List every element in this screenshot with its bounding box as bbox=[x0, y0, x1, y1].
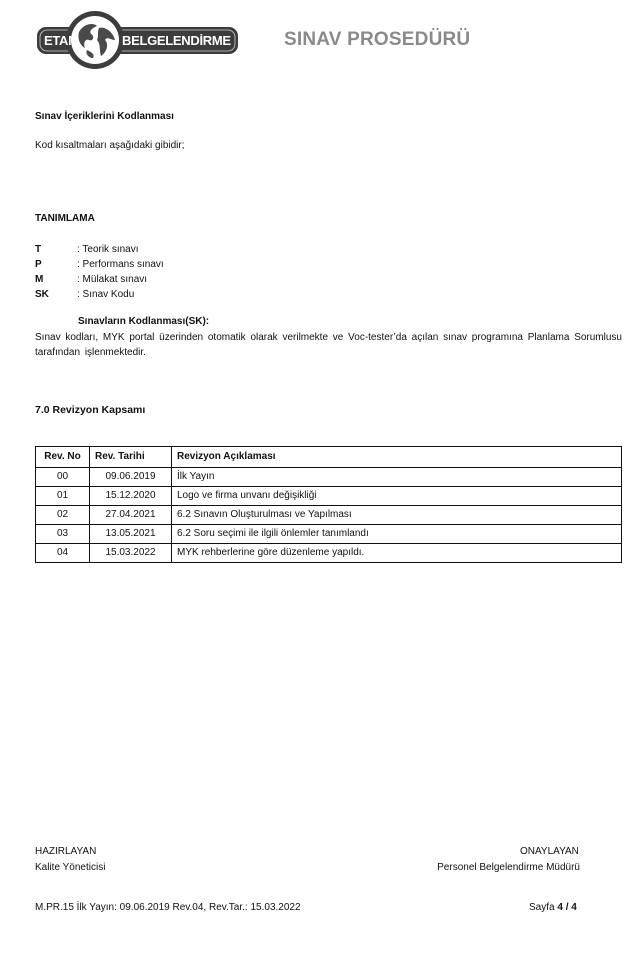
approved-by-role: Personel Belgelendirme Müdürü bbox=[421, 862, 580, 873]
page-total: 4 bbox=[571, 902, 577, 913]
table-row: 02 27.04.2021 6.2 Sınavın Oluşturulması … bbox=[36, 506, 622, 525]
coding-intro: Kod kısaltmaları aşağıdaki gibidir; bbox=[35, 140, 185, 151]
cell-rev-no: 04 bbox=[36, 544, 90, 563]
column-header-rev-date: Rev. Tarihi bbox=[90, 447, 172, 468]
definition-key: M bbox=[35, 272, 77, 287]
cell-rev-description: 6.2 Sınavın Oluşturulması ve Yapılması bbox=[172, 506, 622, 525]
definitions-list: T : Teorik sınavı P : Performans sınavı … bbox=[35, 242, 164, 302]
globe-icon bbox=[73, 18, 117, 62]
table-row: 01 15.12.2020 Logo ve firma unvanı değiş… bbox=[36, 487, 622, 506]
cell-rev-date: 13.05.2021 bbox=[90, 525, 172, 544]
definition-value: : Performans sınavı bbox=[77, 257, 164, 272]
cell-rev-no: 03 bbox=[36, 525, 90, 544]
definition-value: : Sınav Kodu bbox=[77, 287, 134, 302]
definition-key: P bbox=[35, 257, 77, 272]
section-title-coding: Sınav İçeriklerini Kodlanması bbox=[35, 111, 174, 122]
definition-item: T : Teorik sınavı bbox=[35, 242, 164, 257]
approved-by-label: ONAYLAYAN bbox=[520, 846, 579, 857]
table-header-row: Rev. No Rev. Tarihi Revizyon Açıklaması bbox=[36, 447, 622, 468]
cell-rev-description: İlk Yayın bbox=[172, 468, 622, 487]
cell-rev-date: 09.06.2019 bbox=[90, 468, 172, 487]
revision-table: Rev. No Rev. Tarihi Revizyon Açıklaması … bbox=[35, 446, 622, 563]
footer-document-info: M.PR.15 İlk Yayın: 09.06.2019 Rev.04, Re… bbox=[35, 902, 301, 913]
cell-rev-description: Logo ve firma unvanı değişikliği bbox=[172, 487, 622, 506]
cell-rev-date: 27.04.2021 bbox=[90, 506, 172, 525]
page-indicator: Sayfa 4 / 4 bbox=[529, 902, 577, 913]
logo-right-text: BELGELENDİRME bbox=[122, 33, 231, 48]
exam-codes-paragraph: Sınav kodları, MYK portal üzerinden otom… bbox=[35, 330, 622, 360]
table-row: 04 15.03.2022 MYK rehberlerine göre düze… bbox=[36, 544, 622, 563]
company-logo: ETAN BELGELENDİRME bbox=[35, 10, 240, 70]
definition-value: : Mülakat sınavı bbox=[77, 272, 147, 287]
table-row: 03 13.05.2021 6.2 Soru seçimi ile ilgili… bbox=[36, 525, 622, 544]
definitions-title: TANIMLAMA bbox=[35, 213, 95, 224]
revision-section-title: 7.0 Revizyon Kapsamı bbox=[35, 404, 145, 416]
cell-rev-description: MYK rehberlerine göre düzenleme yapıldı. bbox=[172, 544, 622, 563]
cell-rev-no: 01 bbox=[36, 487, 90, 506]
table-row: 00 09.06.2019 İlk Yayın bbox=[36, 468, 622, 487]
exam-codes-title: Sınavların Kodlanması(SK): bbox=[78, 316, 209, 327]
logo-left-text: ETAN bbox=[44, 33, 77, 48]
prepared-by-label: HAZIRLAYAN bbox=[35, 846, 96, 857]
column-header-rev-description: Revizyon Açıklaması bbox=[172, 447, 622, 468]
document-title: SINAV PROSEDÜRÜ bbox=[284, 29, 470, 51]
cell-rev-no: 02 bbox=[36, 506, 90, 525]
cell-rev-description: 6.2 Soru seçimi ile ilgili önlemler tanı… bbox=[172, 525, 622, 544]
definition-item: SK : Sınav Kodu bbox=[35, 287, 164, 302]
cell-rev-no: 00 bbox=[36, 468, 90, 487]
page-label: Sayfa bbox=[529, 902, 557, 913]
definition-key: T bbox=[35, 242, 77, 257]
prepared-by-role: Kalite Yöneticisi bbox=[35, 862, 105, 873]
definition-value: : Teorik sınavı bbox=[77, 242, 139, 257]
cell-rev-date: 15.03.2022 bbox=[90, 544, 172, 563]
column-header-rev-no: Rev. No bbox=[36, 447, 90, 468]
cell-rev-date: 15.12.2020 bbox=[90, 487, 172, 506]
definition-key: SK bbox=[35, 287, 77, 302]
definition-item: M : Mülakat sınavı bbox=[35, 272, 164, 287]
definition-item: P : Performans sınavı bbox=[35, 257, 164, 272]
page-separator: / bbox=[563, 902, 571, 913]
